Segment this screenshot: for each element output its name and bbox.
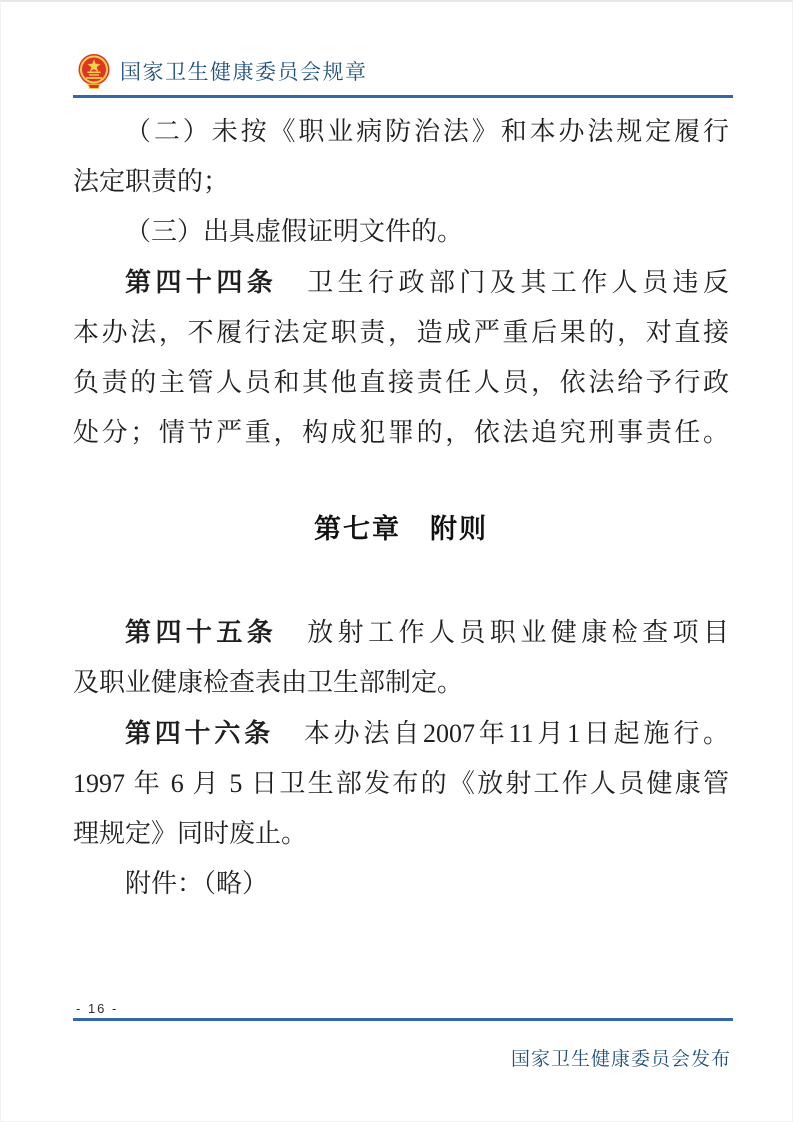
paragraph: 第四十六条本办法自2007年11月1日起施行。1997 年 6 月 5 日卫生部… xyxy=(73,708,729,859)
text-line: （二）未按《职业病防治法》和本办法规定履行 xyxy=(73,107,729,157)
text-line: （三）出具虚假证明文件的。 xyxy=(73,207,729,257)
article-number-lead: 第四十四条 xyxy=(125,267,277,297)
text-line: 及职业健康检查表由卫生部制定。 xyxy=(73,658,729,708)
text-line: 法定职责的； xyxy=(73,157,729,207)
text-line: 负责的主管人员和其他直接责任人员，依法给予行政 xyxy=(73,358,729,408)
text-line: 1997 年 6 月 5 日卫生部发布的《放射工作人员健康管 xyxy=(73,759,729,809)
chapter-heading: 第七章 附则 xyxy=(73,504,729,554)
text-line: 理规定》同时废止。 xyxy=(73,809,729,859)
text-line: 处分；情节严重，构成犯罪的，依法追究刑事责任。 xyxy=(73,408,729,458)
document-body: （二）未按《职业病防治法》和本办法规定履行法定职责的；（三）出具虚假证明文件的。… xyxy=(73,107,729,909)
paragraph: （三）出具虚假证明文件的。 xyxy=(73,207,729,257)
paragraph: 附件：（略） xyxy=(73,859,729,909)
text-line: 本办法，不履行法定职责，造成严重后果的，对直接 xyxy=(73,308,729,358)
article-number-lead: 第四十五条 xyxy=(125,617,277,647)
text-line: 第四十五条放射工作人员职业健康检查项目 xyxy=(73,607,729,658)
paragraph: 第四十四条卫生行政部门及其工作人员违反本办法，不履行法定职责，造成严重后果的，对… xyxy=(73,257,729,458)
national-emblem-icon xyxy=(75,52,113,90)
publisher-label: 国家卫生健康委员会发布 xyxy=(511,1044,731,1071)
footer-rule xyxy=(73,1018,733,1021)
header-rule xyxy=(73,95,733,98)
article-number-lead: 第四十六条 xyxy=(125,718,274,748)
text-line: 第四十六条本办法自2007年11月1日起施行。 xyxy=(73,708,729,759)
header-title: 国家卫生健康委员会规章 xyxy=(120,58,368,86)
text-line: 附件：（略） xyxy=(73,859,729,909)
paragraph: （二）未按《职业病防治法》和本办法规定履行法定职责的； xyxy=(73,107,729,207)
text-line: 第四十四条卫生行政部门及其工作人员违反 xyxy=(73,257,729,308)
page-number: - 16 - xyxy=(76,1001,118,1016)
paragraph: 第四十五条放射工作人员职业健康检查项目及职业健康检查表由卫生部制定。 xyxy=(73,607,729,708)
document-page: 国家卫生健康委员会规章 （二）未按《职业病防治法》和本办法规定履行法定职责的；（… xyxy=(0,0,793,1122)
